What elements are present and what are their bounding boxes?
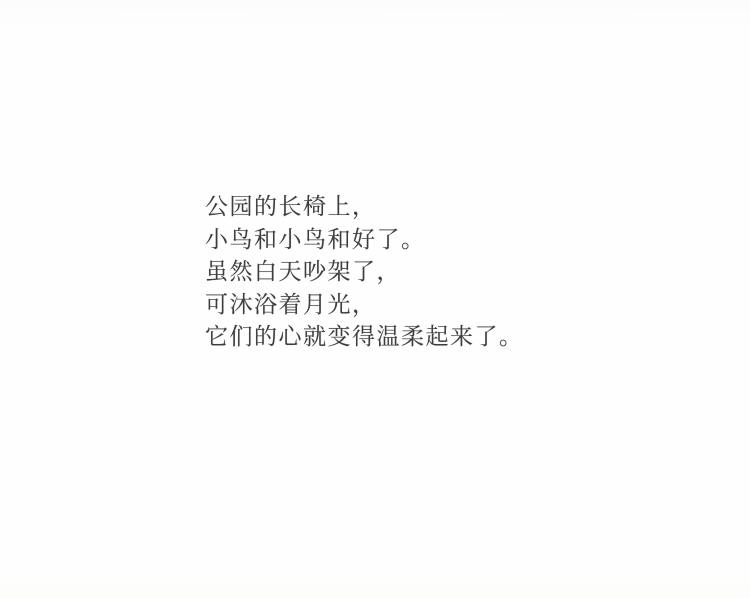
poem-line: 虽然白天吵架了， bbox=[205, 255, 605, 288]
page-background: 公园的长椅上， 小鸟和小鸟和好了。 虽然白天吵架了， 可沐浴着月光， 它们的心就… bbox=[0, 0, 750, 598]
poem-line: 它们的心就变得温柔起来了。 bbox=[205, 320, 605, 353]
poem-line: 可沐浴着月光， bbox=[205, 288, 605, 321]
poem-text-block: 公园的长椅上， 小鸟和小鸟和好了。 虽然白天吵架了， 可沐浴着月光， 它们的心就… bbox=[205, 190, 605, 353]
poem-line: 公园的长椅上， bbox=[205, 190, 605, 223]
poem-line: 小鸟和小鸟和好了。 bbox=[205, 223, 605, 256]
